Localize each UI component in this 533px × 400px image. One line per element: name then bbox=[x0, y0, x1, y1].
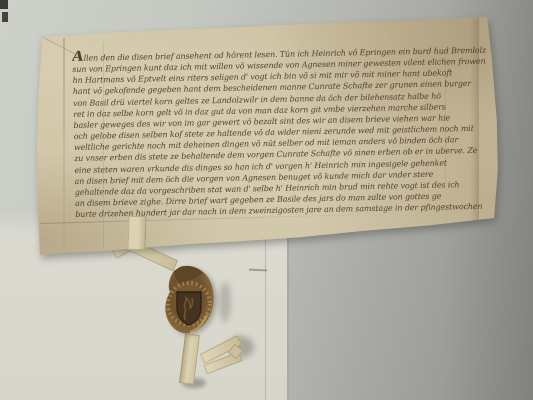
charter-photo: Allen den die disen brief ansehent od hö… bbox=[0, 0, 533, 400]
cast-shadow bbox=[219, 282, 231, 322]
crease-line bbox=[63, 38, 65, 252]
parchment-surface: Allen den die disen brief ansehent od hö… bbox=[0, 0, 533, 400]
parchment-charter: Allen den die disen brief ansehent od hö… bbox=[0, 0, 533, 400]
wax-seal bbox=[158, 264, 220, 342]
seal-tag-through-slit bbox=[127, 216, 146, 251]
charter-text: Allen den die disen brief ansehent od hö… bbox=[72, 42, 499, 220]
